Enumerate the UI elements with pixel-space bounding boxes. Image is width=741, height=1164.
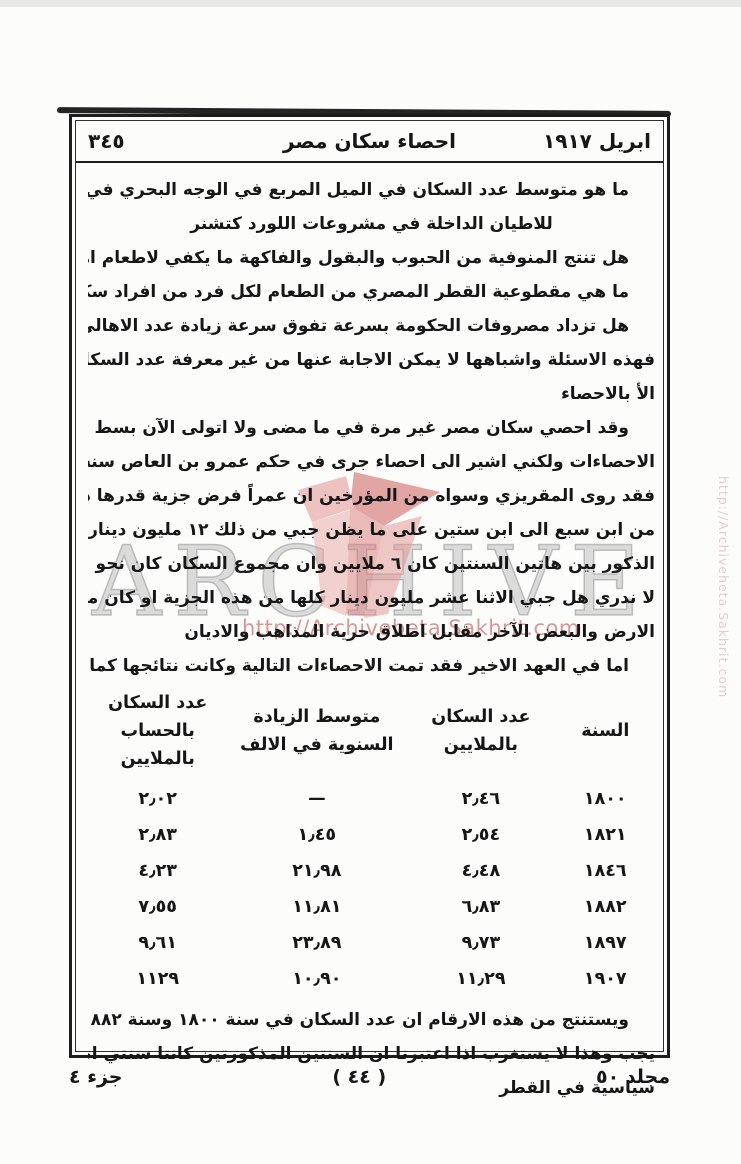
year-cell: ١٩٠٧ [556, 961, 655, 997]
increase-cell: ١٫٤٥ [227, 817, 406, 853]
col-header-population: عدد السكان بالملايين [406, 687, 555, 781]
body-line: وقد احصي سكان مصر غير مرة في ما مضى ولا … [88, 411, 655, 445]
population-cell: ١١٫٢٩ [406, 961, 555, 997]
footer-part: جزء ٤ [69, 1066, 122, 1088]
census-table: السنة عدد السكان بالملايين متوسط الزيادة… [88, 687, 655, 997]
scan-edge-strip [0, 0, 741, 7]
col-header-calculated-line1: عدد السكان [88, 689, 227, 717]
page-inner-frame: ابريل ١٩١٧ احصاء سكان مصر ٣٤٥ ما هو متوس… [75, 120, 664, 1052]
increase-cell: — [227, 781, 406, 817]
col-header-population-line2: بالملايين [406, 731, 555, 759]
body-line: هل تزداد مصروفات الحكومة بسرعة تفوق سرعة… [88, 309, 655, 343]
header-date: ابريل ١٩١٧ [501, 129, 651, 153]
col-header-increase-line2: السنوية في الالف [227, 731, 406, 759]
body-line: فقد روى المقريزي وسواه من المؤرخين ان عم… [88, 479, 655, 513]
header-page-number: ٣٤٥ [88, 129, 238, 153]
increase-cell: ٢١٫٩٨ [227, 853, 406, 889]
footer-page-number: ( ٤٤ ) [332, 1066, 386, 1088]
body-line: الارض والبعض الآخر مقابل اطلاق حرية المذ… [88, 615, 655, 649]
body-line: للاطيان الداخلة في مشروعات اللورد كتشنر [88, 207, 655, 241]
body-line: الذكور بين هاتين السنتين كان ٦ ملايين وا… [88, 547, 655, 581]
population-cell: ٢٫٤٦ [406, 781, 555, 817]
body-line: ما هو متوسط عدد السكان في الميل المربع ف… [88, 173, 655, 207]
population-cell: ٦٫٨٣ [406, 889, 555, 925]
table-row: ١٨٠٠ ٢٫٤٦ — ٢٫٠٢ [88, 781, 655, 817]
col-header-calculated-line2: بالحساب بالملايين [88, 717, 227, 773]
scanned-page: ARCHIVE http://Archivebeta.Sakhrit.com h… [0, 0, 741, 1164]
population-cell: ٤٫٤٨ [406, 853, 555, 889]
increase-cell: ١١٫٨١ [227, 889, 406, 925]
year-cell: ١٨٨٢ [556, 889, 655, 925]
col-header-calculated: عدد السكان بالحساب بالملايين [88, 687, 227, 781]
col-header-population-line1: عدد السكان [406, 703, 555, 731]
body-line: من ابن سبع الى ابن ستين على ما يظن جبي م… [88, 513, 655, 547]
col-header-year: السنة [556, 687, 655, 781]
page-footer: مجلد ٥٠ ( ٤٤ ) جزء ٤ [69, 1066, 670, 1088]
body-line: لا ندري هل جبي الاثنا عشر مليون دينار كل… [88, 581, 655, 615]
table-row: ١٨٨٢ ٦٫٨٣ ١١٫٨١ ٧٫٥٥ [88, 889, 655, 925]
body-line: اما في العهد الاخير فقد تمت الاحصاءات ال… [88, 649, 655, 683]
calculated-cell: ٤٫٢٣ [88, 853, 227, 889]
table-row: ١٨٩٧ ٩٫٧٣ ٢٣٫٨٩ ٩٫٦١ [88, 925, 655, 961]
page-header: ابريل ١٩١٧ احصاء سكان مصر ٣٤٥ [76, 121, 663, 163]
watermark-side-url: http://Archiveheta.Sakhrit.com [716, 476, 731, 698]
body-line: فهذه الاسئلة واشباهها لا يمكن الاجابة عن… [88, 343, 655, 377]
col-header-year-label: السنة [556, 717, 655, 745]
table-row: ١٩٠٧ ١١٫٢٩ ١٠٫٩٠ ١١٢٩ [88, 961, 655, 997]
year-cell: ١٨٤٦ [556, 853, 655, 889]
table-row: ١٨٢١ ٢٫٥٤ ١٫٤٥ ٢٫٨٣ [88, 817, 655, 853]
calculated-cell: ٢٫٠٢ [88, 781, 227, 817]
calculated-cell: ٢٫٨٣ [88, 817, 227, 853]
col-header-increase-line1: متوسط الزيادة [227, 703, 406, 731]
population-cell: ٢٫٥٤ [406, 817, 555, 853]
increase-cell: ١٠٫٩٠ [227, 961, 406, 997]
table-header-row: السنة عدد السكان بالملايين متوسط الزيادة… [88, 687, 655, 781]
increase-cell: ٢٣٫٨٩ [227, 925, 406, 961]
body-line: الاحصاءات ولكني اشير الى احصاء جرى في حك… [88, 445, 655, 479]
calculated-cell: ٧٫٥٥ [88, 889, 227, 925]
header-title: احصاء سكان مصر [238, 129, 501, 153]
year-cell: ١٨٠٠ [556, 781, 655, 817]
year-cell: ١٨٢١ [556, 817, 655, 853]
footer-volume: مجلد ٥٠ [596, 1066, 670, 1088]
article-body: ما هو متوسط عدد السكان في الميل المربع ف… [76, 163, 663, 1105]
closing-line: ويستنتج من هذه الارقام ان عدد السكان في … [88, 1003, 655, 1037]
col-header-increase: متوسط الزيادة السنوية في الالف [227, 687, 406, 781]
page-frame: ابريل ١٩١٧ احصاء سكان مصر ٣٤٥ ما هو متوس… [69, 114, 670, 1058]
year-cell: ١٨٩٧ [556, 925, 655, 961]
calculated-cell: ١١٢٩ [88, 961, 227, 997]
table-row: ١٨٤٦ ٤٫٤٨ ٢١٫٩٨ ٤٫٢٣ [88, 853, 655, 889]
body-line: الأ بالاحصاء [88, 377, 655, 411]
closing-paragraph: ويستنتج من هذه الارقام ان عدد السكان في … [88, 1003, 655, 1105]
body-line: ما هي مقطوعية القطر المصري من الطعام لكل… [88, 275, 655, 309]
body-line: هل تنتج المنوفية من الحبوب والبقول والفا… [88, 241, 655, 275]
population-cell: ٩٫٧٣ [406, 925, 555, 961]
calculated-cell: ٩٫٦١ [88, 925, 227, 961]
